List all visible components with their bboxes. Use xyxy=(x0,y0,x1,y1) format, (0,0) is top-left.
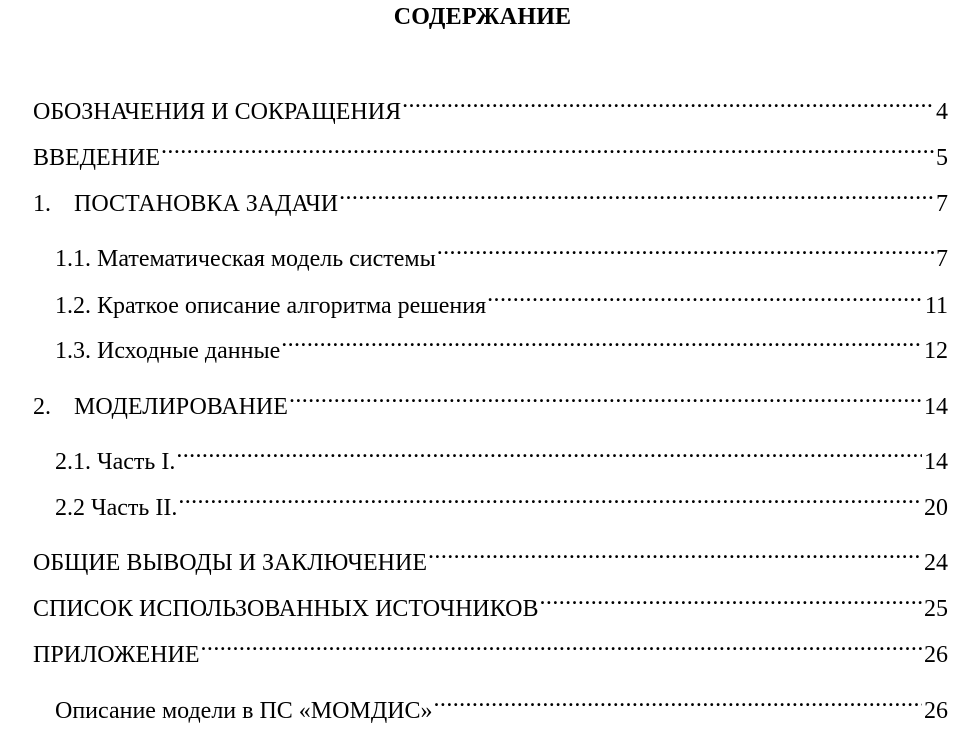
toc-entry-part-1[interactable]: 2.1. Часть I. 14 xyxy=(55,439,948,477)
toc-page-number: 4 xyxy=(936,97,948,127)
toc-entry-number: 1. xyxy=(33,189,74,219)
toc-entry-label: 1.1. Математическая модель системы xyxy=(55,244,436,274)
table-of-contents: ОБОЗНАЧЕНИЯ И СОКРАЩЕНИЯ 4 ВВЕДЕНИЕ 5 1.… xyxy=(0,0,965,730)
dot-leader xyxy=(178,485,922,515)
dot-leader xyxy=(487,283,923,313)
toc-entry-label: 1.3. Исходные данные xyxy=(55,336,280,366)
toc-page-number: 11 xyxy=(925,291,948,321)
toc-page-number: 20 xyxy=(924,493,948,523)
toc-entry-label: 2.2 Часть II. xyxy=(55,493,177,523)
toc-entry-label: 1.2. Краткое описание алгоритма решения xyxy=(55,291,486,321)
toc-page-number: 26 xyxy=(924,696,948,726)
dot-leader xyxy=(437,236,934,266)
toc-entry-label: МОДЕЛИРОВАНИЕ xyxy=(74,392,288,422)
toc-entry-label: СПИСОК ИСПОЛЬЗОВАННЫХ ИСТОЧНИКОВ xyxy=(33,594,539,624)
toc-entry-part-2[interactable]: 2.2 Часть II. 20 xyxy=(55,485,948,523)
toc-entry-label: ВВЕДЕНИЕ xyxy=(33,143,160,173)
dot-leader xyxy=(281,328,922,358)
dot-leader xyxy=(201,632,922,662)
dot-leader xyxy=(434,688,922,718)
toc-entry-label: ОБЩИЕ ВЫВОДЫ И ЗАКЛЮЧЕНИЕ xyxy=(33,548,427,578)
toc-entry-algorithm[interactable]: 1.2. Краткое описание алгоритма решения … xyxy=(55,283,948,321)
toc-page-number: 7 xyxy=(936,244,948,274)
dot-leader xyxy=(540,586,922,616)
toc-entry-label: ОБОЗНАЧЕНИЯ И СОКРАЩЕНИЯ xyxy=(33,97,401,127)
toc-entry-introduction[interactable]: ВВЕДЕНИЕ 5 xyxy=(33,135,948,173)
toc-page-number: 7 xyxy=(936,189,948,219)
toc-entry-input-data[interactable]: 1.3. Исходные данные 12 xyxy=(55,328,948,366)
dot-leader xyxy=(339,181,934,211)
toc-entry-conclusions[interactable]: ОБЩИЕ ВЫВОДЫ И ЗАКЛЮЧЕНИЕ 24 xyxy=(33,540,948,578)
toc-entry-abbreviations[interactable]: ОБОЗНАЧЕНИЯ И СОКРАЩЕНИЯ 4 xyxy=(33,89,948,127)
toc-page-number: 12 xyxy=(924,336,948,366)
toc-page-number: 5 xyxy=(936,143,948,173)
toc-entry-label: Описание модели в ПС «МОМДИС» xyxy=(55,696,433,726)
toc-entry-label: ПОСТАНОВКА ЗАДАЧИ xyxy=(74,189,338,219)
toc-entry-label: 2.1. Часть I. xyxy=(55,447,175,477)
toc-entry-number: 2. xyxy=(33,392,74,422)
dot-leader xyxy=(402,89,934,119)
toc-page-number: 14 xyxy=(924,392,948,422)
toc-page-number: 26 xyxy=(924,640,948,670)
dot-leader xyxy=(176,439,922,469)
toc-page-number: 24 xyxy=(924,548,948,578)
dot-leader xyxy=(289,384,922,414)
dot-leader xyxy=(161,135,934,165)
toc-entry-math-model[interactable]: 1.1. Математическая модель системы 7 xyxy=(55,236,948,274)
toc-entry-appendix[interactable]: ПРИЛОЖЕНИЕ 26 xyxy=(33,632,948,670)
toc-entry-problem-statement[interactable]: 1. ПОСТАНОВКА ЗАДАЧИ 7 xyxy=(33,181,948,219)
toc-page-number: 25 xyxy=(924,594,948,624)
toc-entry-modeling[interactable]: 2. МОДЕЛИРОВАНИЕ 14 xyxy=(33,384,948,422)
toc-entry-label: ПРИЛОЖЕНИЕ xyxy=(33,640,200,670)
dot-leader xyxy=(428,540,922,570)
toc-entry-references[interactable]: СПИСОК ИСПОЛЬЗОВАННЫХ ИСТОЧНИКОВ 25 xyxy=(33,586,948,624)
toc-entry-model-description[interactable]: Описание модели в ПС «МОМДИС» 26 xyxy=(55,688,948,726)
toc-page-number: 14 xyxy=(924,447,948,477)
